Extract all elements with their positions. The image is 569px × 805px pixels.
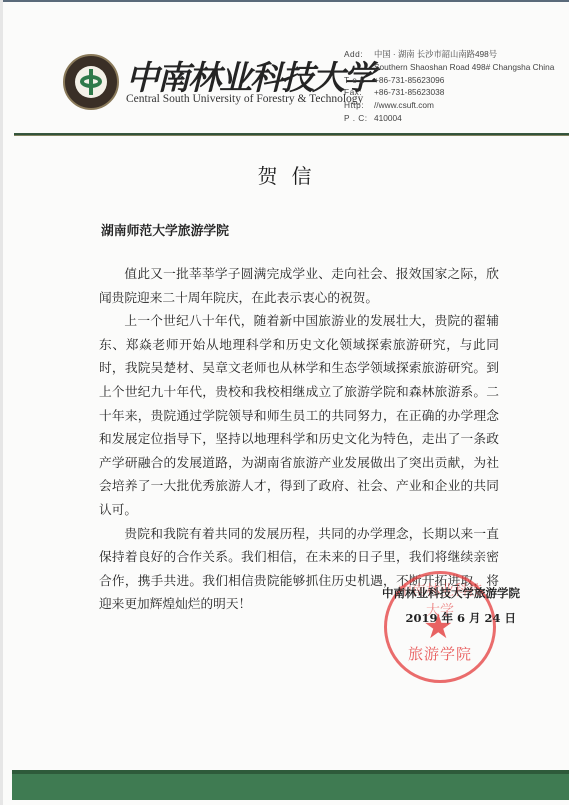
scan-top-edge bbox=[0, 0, 569, 2]
postcode-value: 410004 bbox=[374, 112, 402, 125]
paragraph-1: 值此又一批莘莘学子圆满完成学业、走向社会、报效国家之际，欣闻贵院迎来二十周年院庆… bbox=[99, 262, 499, 309]
postcode-label: P . C: bbox=[344, 112, 374, 125]
website-value: //www.csuft.com bbox=[374, 99, 434, 112]
address-label: Add: bbox=[344, 48, 374, 61]
signature-org: 中南林业科技大学旅游学院 bbox=[360, 585, 520, 601]
letter-body: 值此又一批莘莘学子圆满完成学业、走向社会、报效国家之际，欣闻贵院迎来二十周年院庆… bbox=[99, 262, 499, 616]
seal-dept-text: 旅游学院 bbox=[387, 643, 493, 664]
paragraph-2: 上一个世纪八十年代，随着新中国旅游业的发展壮大，贵院的翟辅东、郑焱老师开始从地理… bbox=[99, 309, 499, 521]
fax-label: Fax: bbox=[344, 86, 374, 99]
tel-label: T e l: bbox=[344, 74, 374, 87]
footer-band bbox=[12, 770, 569, 800]
signature-date: 2019 年 6 月 24 日 bbox=[360, 610, 520, 626]
letter-recipient: 湖南师范大学旅游学院 bbox=[101, 220, 229, 239]
tel-value: +86-731-85623096 bbox=[374, 74, 444, 87]
university-name-en: Central South University of Forestry & T… bbox=[126, 93, 363, 105]
header-divider bbox=[14, 133, 569, 136]
address-en: Southern Shaoshan Road 498# Changsha Chi… bbox=[374, 61, 554, 74]
contact-block: Add:中国 · 湖南 长沙市韶山南路498号 Southern Shaosha… bbox=[344, 48, 554, 125]
address-cn: 中国 · 湖南 长沙市韶山南路498号 bbox=[374, 48, 497, 61]
http-label: Http: bbox=[344, 99, 374, 112]
scan-left-edge bbox=[0, 0, 3, 805]
letter-title: 贺信 bbox=[0, 160, 569, 189]
university-name-cn: 中南林业科技大学 bbox=[126, 52, 336, 99]
fax-value: +86-731-85623038 bbox=[374, 86, 444, 99]
university-emblem-icon bbox=[63, 54, 119, 110]
signature-block: 中南林业科技大学旅游学院 2019 年 6 月 24 日 bbox=[360, 585, 520, 626]
